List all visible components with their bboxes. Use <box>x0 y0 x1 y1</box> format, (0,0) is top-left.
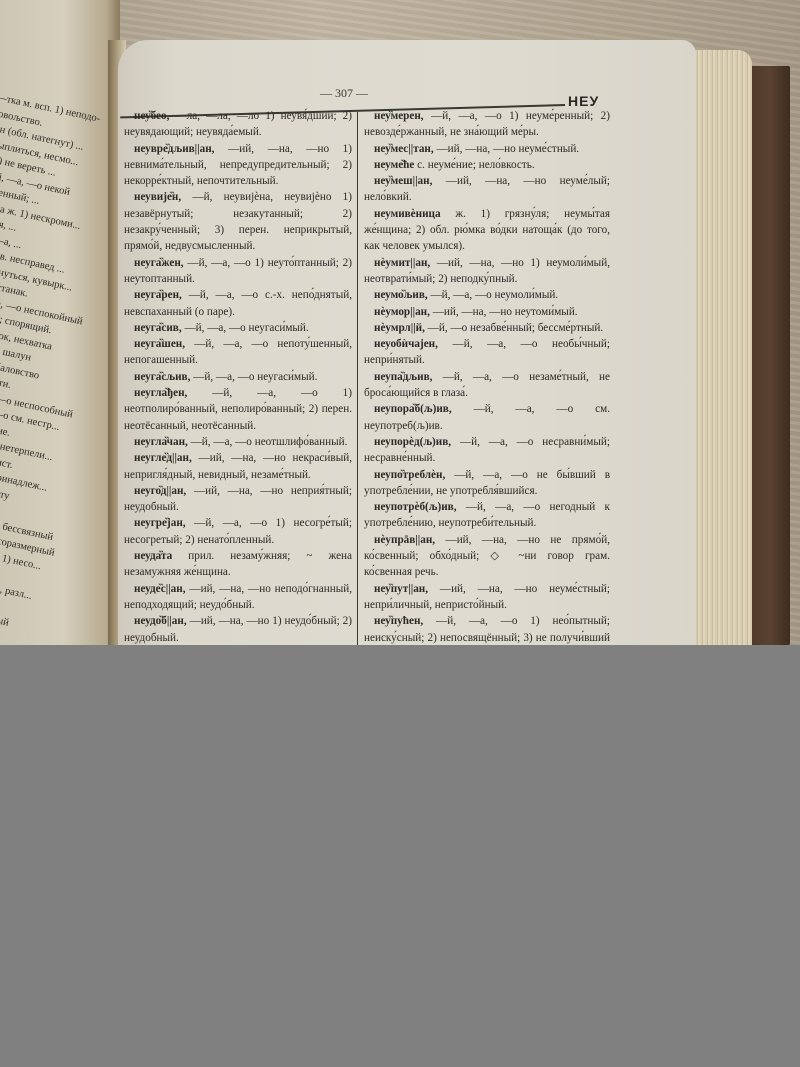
headword: неуга̏сљив, <box>134 371 190 383</box>
dictionary-entry: неуобѝчајен, —й, —а, —о необы́чный; непр… <box>364 336 610 369</box>
guide-word: НЕУ <box>568 93 599 109</box>
dictionary-entry: неу̏меш||ан, —ий, —на, —но неуме́лый; не… <box>364 173 610 206</box>
dictionary-entry: неу̏бео, —ла, —ла, —ло 1) неувя́дший; 2)… <box>124 108 352 141</box>
dictionary-entry: неу̏мерен, —й, —а, —о 1) неуме́ренный; 2… <box>364 108 610 141</box>
headword: нѐумит||ан, <box>374 257 430 269</box>
definition: —й, —а, —о неотшлифо́ванный. <box>188 436 348 448</box>
definition: —ий, —на, —но неутоми́мый. <box>430 306 578 318</box>
gray-occluded-region <box>0 645 800 1067</box>
headword: неупора̏б(љ)ив, <box>374 403 452 415</box>
headword: неуобѝчајен, <box>374 338 438 350</box>
headword: неу̏мес||тан, <box>374 143 434 155</box>
dictionary-entry: неуга̏рен, —й, —а, —о с.-х. непо́днятый,… <box>124 287 352 320</box>
definition: —й, —а, —о неугаси́мый. <box>182 322 309 334</box>
headword: неу̏пућен, <box>374 615 423 627</box>
headword: неупо̏треблѐн, <box>374 469 445 481</box>
definition: —ий, —на, —но неуме́стный. <box>434 143 579 155</box>
definition: —й, —а, —о неумоли́мый. <box>428 289 559 301</box>
headword: неуме̏ће <box>374 159 414 171</box>
headword: неувре̏дљив||ан, <box>134 143 214 155</box>
dictionary-entry: неу̏пут||ан, —ий, —на, —но неуме́стный; … <box>364 581 610 614</box>
headword: неумо̏љив, <box>374 289 428 301</box>
headword: неуга̏сив, <box>134 322 182 334</box>
headword: неуго̏д||ан, <box>134 485 186 497</box>
headword: неупа̏дљив, <box>374 371 432 383</box>
dictionary-entry: неуде̏с||ан, —ий, —на, —но неподо́гнанны… <box>124 581 352 614</box>
definition: —й, —а, —о неугаси́мый. <box>190 371 317 383</box>
dictionary-entry: неупотрѐб(љ)ив, —й, —а, —о негодный к уп… <box>364 499 610 532</box>
dictionary-entry: нѐумит||ан, —ий, —на, —но 1) неумоли́мый… <box>364 255 610 288</box>
left-page: —тка м. всп. 1) неподо-ровољство.ден (об… <box>0 0 120 645</box>
column-divider <box>357 112 358 652</box>
dictionary-entry: неуга̏шен, —й, —а, —о непоту́шенный, неп… <box>124 336 352 369</box>
dictionary-entry: неуго̏д||ан, —ий, —на, —но неприя́тный; … <box>124 483 352 516</box>
definition: с. неуме́ние; нело́вкость. <box>414 159 534 171</box>
dictionary-entry: неумо̏љив, —й, —а, —о неумоли́мый. <box>364 287 610 303</box>
headword: неуда̏та <box>134 550 172 562</box>
headword: неумивѐница <box>374 208 441 220</box>
headword: неугла̏чан, <box>134 436 188 448</box>
dictionary-entry: нѐупрāв||ан, —ий, —на, —но не прямо́й, к… <box>364 532 610 581</box>
left-page-text: —тка м. всп. 1) неподо-ровољство.ден (об… <box>0 90 120 645</box>
dictionary-entry: неуга̏сљив, —й, —а, —о неугаси́мый. <box>124 369 352 385</box>
headword: неугле̏д||ан, <box>134 452 192 464</box>
dictionary-entry: неувије̏н, —й, неувијѐна, неувијѐно 1) н… <box>124 189 352 254</box>
headword: неугла̏ђен, <box>134 387 187 399</box>
dictionary-entry: неупа̏дљив, —й, —а, —о незаме́тный, не б… <box>364 369 610 402</box>
dictionary-entry: неупо̏треблѐн, —й, —а, —о не бы́вший в у… <box>364 467 610 500</box>
headword: неувије̏н, <box>134 191 181 203</box>
dictionary-entry: неугре̏јан, —й, —а, —о 1) несогре́тый; н… <box>124 515 352 548</box>
headword: неугре̏јан, <box>134 517 186 529</box>
definition: —й, —о незабве́нный; бессме́ртный. <box>425 322 603 334</box>
dictionary-entry: неугле̏д||ан, —ий, —на, —но некраси́вый,… <box>124 450 352 483</box>
headword: нѐумрл||й, <box>374 322 425 334</box>
headword: неу̏мерен, <box>374 110 424 122</box>
dictionary-entry: неуда̏та прил. незаму́жняя; ~ жена незам… <box>124 548 352 581</box>
page-block-edges <box>690 50 752 645</box>
headword: неудо̏б||ан, <box>134 615 187 627</box>
headword: неу̏бео, <box>134 110 169 122</box>
dictionary-entry: неугла̏ђен, —й, —а, —о 1) неотполиро́ван… <box>124 385 352 434</box>
headword: нѐумор||ан, <box>374 306 430 318</box>
dictionary-entry: неувре̏дљив||ан, —ий, —на, —но 1) невним… <box>124 141 352 190</box>
headword: неуга̏жен, <box>134 257 184 269</box>
headword: неу̏пут||ан, <box>374 583 428 595</box>
dictionary-entry: неуга̏сив, —й, —а, —о неугаси́мый. <box>124 320 352 336</box>
dictionary-entry: неумивѐница ж. 1) грязну́ля; неумы́тая ж… <box>364 206 610 255</box>
dictionary-entry: неупорѐд(љ)ив, —й, —а, —о несравни́мый; … <box>364 434 610 467</box>
dictionary-entry: неудо̏б||ан, —ий, —на, —но 1) неудо́бный… <box>124 613 352 646</box>
dictionary-entry: нѐумрл||й, —й, —о незабве́нный; бессме́р… <box>364 320 610 336</box>
headword: неуга̏шен, <box>134 338 185 350</box>
dictionary-entry: нѐумор||ан, —ий, —на, —но неутоми́мый. <box>364 304 610 320</box>
page-number: — 307 — <box>320 86 368 101</box>
headword: неупотрѐб(љ)ив, <box>374 501 457 513</box>
dictionary-entry: неугла̏чан, —й, —а, —о неотшлифо́ванный. <box>124 434 352 450</box>
dictionary-entry: неу̏мес||тан, —ий, —на, —но неуме́стный. <box>364 141 610 157</box>
headword: неуга̏рен, <box>134 289 182 301</box>
dictionary-entry: неупора̏б(љ)ив, —й, —а, —о см. неупотреб… <box>364 401 610 434</box>
headword: нѐупрāв||ан, <box>374 534 435 546</box>
headword: неупорѐд(љ)ив, <box>374 436 451 448</box>
dictionary-entry: неуга̏жен, —й, —а, —о 1) неуто́птанный; … <box>124 255 352 288</box>
headword: неу̏меш||ан, <box>374 175 432 187</box>
headword: неуде̏с||ан, <box>134 583 186 595</box>
dictionary-entry: неуме̏ће с. неуме́ние; нело́вкость. <box>364 157 610 173</box>
